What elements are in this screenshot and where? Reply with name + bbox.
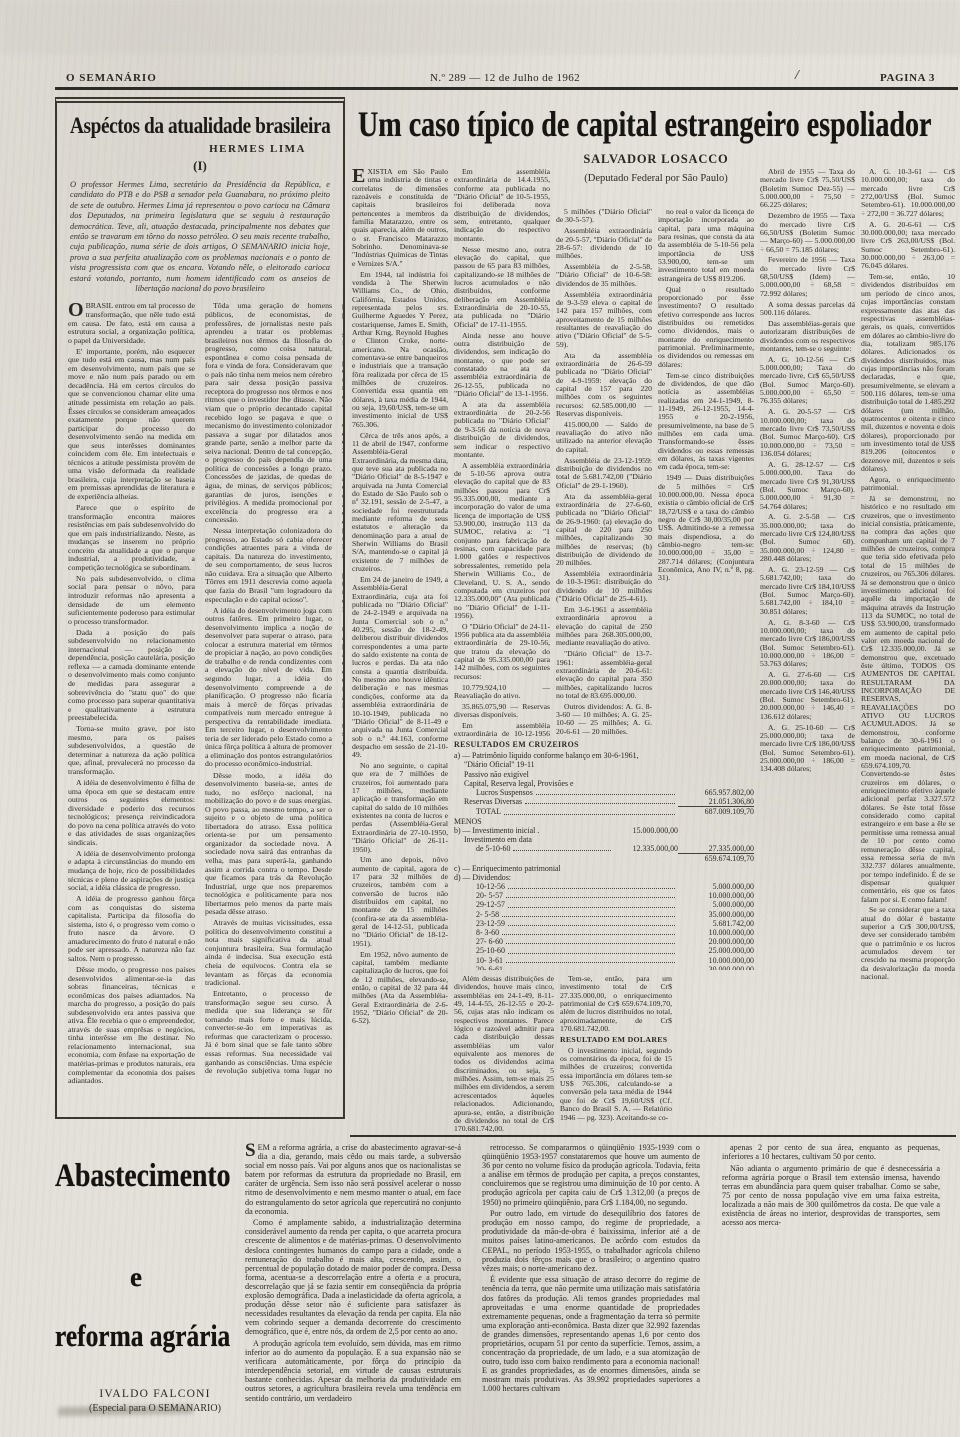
table-row: 10- 3-6110.000.000,00: [454, 956, 754, 965]
table-row: 8- 3-6010.000.000,00: [454, 928, 754, 937]
table-row: c) — Enriquecimento patrimonial: [454, 864, 754, 873]
result-in-dollars-heading: RESULTADO EM DOLARES: [560, 1036, 672, 1044]
paragraph: A. G. 10-12-56 — Cr$ 5.000.000,00; Taxa …: [760, 356, 855, 406]
newspaper-page: O SEMANÁRIO N.º 289 — 12 de Julho de 196…: [0, 0, 960, 1437]
paragraph: E' importante, porém, não esquecer que t…: [68, 348, 195, 502]
paragraph: Assembléia extraordinária de 10-3-1961: …: [556, 570, 652, 603]
divider-mark: /: [795, 68, 799, 84]
paragraph: A idéia de desenvolvimento prolonga e ad…: [68, 850, 195, 893]
paragraph: No ano seguinte, o capital que era de 7 …: [352, 762, 448, 854]
paragraph: Torna-se muito grave, por isto mesmo, pa…: [68, 725, 195, 776]
paragraph: Parece que o espírito de transformação e…: [68, 504, 195, 572]
paragraph: É evidente que essa situação de atraso d…: [482, 1275, 700, 1393]
paragraph: Além dessas distribuições de dividendos,…: [454, 975, 554, 1133]
paragraph: Fevereiro de 1956 — Taxa do mercado livr…: [760, 256, 855, 298]
paragraph: A. G. 8-3-60 — Cr$ 10.000.000,00; taxa d…: [760, 619, 855, 669]
paragraph: Tem-se cinco distribuições de dividendos…: [658, 372, 754, 472]
main-column-2: Em assembléia extraordinária de 14.4.195…: [454, 168, 550, 736]
paragraph: Em 1952, nôvo aumento de capital, também…: [352, 951, 448, 1026]
paragraph: Abril de 1955 — Taxa do mercado livre Cr…: [760, 168, 855, 210]
paragraph: A. G. 27-6-60 — Cr$ 20.000.000,00; taxa …: [760, 671, 855, 721]
paragraph: A. G. 2-5-58 — Cr$ 35.000.000,00; taxa d…: [760, 513, 855, 563]
bottom-column-2: retrocesso. Se compararmos o qüinqüênio …: [482, 1143, 700, 1431]
paragraph: 5 milhões ("Diário Oficial" de 30-5-57).: [556, 208, 652, 225]
bottom-author: IVALDO FALCONI: [55, 1388, 255, 1400]
table-row: Capital, Reserva legal, Provisões e: [454, 779, 754, 788]
main-column-5: Abril de 1955 — Taxa do mercado livre Cr…: [760, 168, 855, 1130]
table-heading: RESULTADOS EM CRUZEIROS: [454, 740, 754, 749]
paragraph: SEM a reforma agrária, a crise do abaste…: [245, 1143, 461, 1216]
table-row: Reservas Diversas21.051.306,80: [454, 797, 754, 806]
section-divider-rule: [350, 1135, 956, 1137]
main-author: SALVADOR LOSACCO: [556, 152, 756, 167]
paragraph: Assembléia de 23-12-1959: distribuição d…: [556, 457, 652, 490]
paragraph: Tem-se, então, 10 dividendos distribuído…: [861, 273, 955, 473]
feature-box-article: Aspéctos da atualidade brasileira HERMES…: [55, 97, 345, 1119]
paragraph: A idéia do desenvolvimento joga com outr…: [205, 607, 332, 769]
table-row: b) — Investimento inicial .15.000.000,00: [454, 826, 754, 835]
table-rows: a) — Patrimônio líquido conforme balanço…: [454, 751, 754, 970]
below-table-text: O investimento inicial, segundo os comen…: [560, 1047, 672, 1122]
feature-author: HERMES LIMA: [68, 143, 306, 155]
table-row: TOTAL687.009.109,70: [454, 806, 754, 816]
paragraph: A. G. 10-3-61 — Cr$ 10.000.000,00; taxa …: [861, 168, 955, 218]
paragraph: Cêrca de três anos após, a 11 de abril d…: [352, 432, 448, 574]
table-row: MENOS: [454, 817, 754, 826]
table-row: Lucros Suspensos665.957.802,00: [454, 788, 754, 797]
bottom-title-line-2: e: [130, 1262, 142, 1293]
paragraph: Dezembro de 1955 — Taxa do mercado livre…: [760, 212, 855, 254]
paragraph: 10.779.924,10 — Reavaliação do ativo.: [454, 684, 550, 701]
paragraph: Assembléia de 2-5-58, "Diário Oficial" d…: [556, 263, 652, 288]
paragraph: A. G. 20-5-57 — Cr$ 10.000.000,00; taxa …: [760, 408, 855, 458]
paragraph: Tôda uma geração de homens públicos, de …: [205, 302, 332, 524]
main-column-4: no real o valor da licença de importação…: [658, 208, 754, 736]
paragraph: Dada a posição do país subdesenvolvido n…: [68, 629, 195, 723]
paragraph: Cruzar os braços seria permitir que a ta…: [342, 713, 345, 747]
paragraph: Ainda nesse ano houve outra distribuição…: [454, 332, 550, 399]
paragraph: "Diário Oficial" de 13-7-1961: assembléi…: [556, 650, 652, 700]
header-rule: [55, 87, 958, 90]
bottom-title-line-1: Abastecimento: [55, 1158, 215, 1195]
paragraph: Através de muitas vicissitudes, essa pol…: [205, 919, 332, 987]
issue-date: N.º 289 — 12 de Julho de 1962: [430, 72, 580, 84]
paragraph: A idéia de progresso ganhou fôrça com as…: [68, 895, 195, 963]
paragraph: Em 1944, tal indústria foi vendida à The…: [352, 271, 448, 430]
paragraph: Nessa interpretação colonizadora do prog…: [205, 527, 332, 604]
table-row: 29-12-575.000.000,00: [454, 900, 754, 909]
feature-title: Aspéctos da atualidade brasileira: [70, 113, 290, 139]
paragraph: A. G. 28-12-57 — Cr$ 5.000.000,00. Taxa …: [760, 461, 855, 511]
bottom-author-note: (Especial para O SEMANARIO): [55, 1403, 255, 1414]
feature-body-columns: O BRASIL entrou em tal processo de trans…: [68, 302, 332, 1092]
paragraph: A. G. 23-12-59 — Cr$ 5.681.742,00; taxa …: [760, 566, 855, 616]
paragraph: Nesse Nordeste tão diagnosticado pela su…: [342, 563, 345, 614]
paragraph: Como é amplamente sabido, a industrializ…: [245, 1218, 461, 1336]
paragraph: Não é novidade dizer que a terra neste p…: [342, 617, 345, 711]
paragraph: 1949 — Duas distribuições de 5 milhões =…: [658, 474, 754, 582]
table-row: "Diário Oficial" 19-11: [454, 760, 754, 769]
bottom-column-1: SEM a reforma agrária, a crise do abaste…: [245, 1143, 461, 1431]
paragraph: Em 3-6-1961 a assembléia extraordinária …: [556, 606, 652, 648]
paragraph: Qual o resultado proporcionado por êsse …: [658, 286, 754, 369]
paper-stain: [0, 0, 960, 55]
paragraph: A ata da assembléia extraordinária de 20…: [454, 401, 550, 459]
results-in-cruzeiros-table: RESULTADOS EM CRUZEIROS a) — Patrimônio …: [454, 740, 754, 970]
paragraph: Já se demonstrou, no histórico e no resu…: [861, 495, 955, 904]
feature-intro: O professor Hermes Lima, secretário da P…: [70, 180, 330, 294]
paragraph: 415.000,00 — Saldo de reavaliação do ati…: [556, 421, 652, 454]
table-row: 10-12-565.000.000,00: [454, 882, 754, 891]
table-row: 23-12-595.681.742,00: [454, 919, 754, 928]
paragraph: EXISTIA em São Paulo uma indústria de ti…: [352, 168, 448, 268]
main-column-3-below-table: Tem-se, então, para um investimento tota…: [560, 975, 672, 1133]
paragraph: 35.865.075,90 — Reservas diversas dispon…: [454, 703, 550, 720]
paragraph: Se se considerar que a taxa atual do dól…: [861, 906, 955, 981]
table-row: Investimento em data: [454, 835, 754, 844]
main-author-title: (Deputado Federal por São Paulo): [556, 173, 756, 184]
paragraph: Em 24 de janeiro de 1949, a Assembléia-G…: [352, 576, 448, 760]
table-row: 25-10-6025.000.000,00: [454, 946, 754, 955]
paragraph: Está em causa a estrutura social, partic…: [342, 350, 345, 410]
table-row: a) — Patrimônio líquido conforme balanço…: [454, 751, 754, 760]
paragraph: retrocesso. Se compararmos o qüinqüênio …: [482, 1143, 700, 1207]
bottom-column-3: apenas 2 por cento de sua área, enquanto…: [722, 1143, 940, 1431]
table-row: 659.674.109,70: [454, 853, 754, 863]
table-row: Passivo não exigível: [454, 770, 754, 779]
paragraph: Outros dividendos: A. G. 8-3-60 — 10 mil…: [556, 703, 652, 736]
paragraph: Não adianta o argumento primário de que …: [722, 1164, 940, 1228]
masthead: O SEMANÁRIO: [66, 72, 157, 84]
main-headline: Um caso típico de capital estrangeiro es…: [358, 103, 932, 145]
paragraph: No Nordeste, a população orça já pela ca…: [342, 458, 345, 561]
paragraph: Em assembléia extraordinária de 10-12-19…: [454, 722, 550, 736]
paragraph: Nesse mesmo ano, outra elevação do capit…: [454, 246, 550, 329]
main-column-2-below-table: Além dessas distribuições de dividendos,…: [454, 975, 554, 1133]
feature-part-number: (I): [68, 158, 332, 174]
paragraph: Um ano depois, nôvo aumento de capital, …: [352, 856, 448, 948]
paragraph: A soma dessas parcelas dá 500.116 dólare…: [760, 301, 855, 318]
paragraph: Por outro lado, em virtude do desequilíb…: [482, 1209, 700, 1273]
paragraph: A. G. 25-10-60 — Cr$ 25.000.000,00; taxa…: [760, 724, 855, 774]
paragraph: apenas 2 por cento de sua área, enquanto…: [722, 1143, 940, 1161]
main-column-6: A. G. 10-3-61 — Cr$ 10.000.000,00; taxa …: [861, 168, 955, 1130]
paragraph: Entretanto, a população brasileira está …: [342, 413, 345, 456]
paragraph: Assembléia extraordinária de 9-3-59 elev…: [556, 291, 652, 349]
paragraph: De fato, tôda a organização da sociedade…: [342, 322, 345, 348]
paragraph: O BRASIL entrou em tal processo de trans…: [68, 302, 195, 345]
main-byline-block: SALVADOR LOSACCO (Deputado Federal por S…: [556, 152, 756, 184]
paragraph: A produção agrícola tem evoluído, sem dú…: [245, 1339, 461, 1403]
paragraph: Dêsse modo, o progresso nos países desen…: [68, 966, 195, 1086]
paragraph: O "Diário Oficial" de 24-11-1956 publica…: [454, 623, 550, 681]
paragraph: A assembléia extraordinária de 5-10-56 a…: [454, 462, 550, 621]
table-row: 20- 6-6130.000.000,00: [454, 965, 754, 970]
table-row: 27- 6-6020.000.000,00: [454, 937, 754, 946]
bottom-byline-block: IVALDO FALCONI (Especial para O SEMANARI…: [55, 1388, 255, 1414]
table-row: 2- 5-5835.000.000,00: [454, 910, 754, 919]
paragraph: Das assembléias-gerais que autorizaram d…: [760, 320, 855, 353]
table-row: de 5-10-6012.335.000,0027.335.000,00: [454, 844, 754, 853]
paragraph: Ata da assembléia extraordinária de 26-6…: [556, 352, 652, 419]
paragraph: Agora, o enriquecimento patrimonial.: [861, 476, 955, 493]
table-row: 20- 5-5710.000.000,00: [454, 891, 754, 900]
paragraph: A idéia de desenvolvimento é filha de um…: [68, 779, 195, 847]
bottom-title-line-3: reforma agrária: [55, 1318, 211, 1354]
paragraph: no real o valor da licença de importação…: [658, 208, 754, 283]
paragraph: Assembléia extraordinária de 20-5-57, "D…: [556, 227, 652, 260]
page-number: PAGINA 3: [880, 72, 935, 84]
table-row: d) — Dividendos:: [454, 873, 754, 882]
paragraph: Ata da assembléia-geral extraordinária d…: [556, 493, 652, 568]
paragraph: No país subdesenvolvido, o clima social …: [68, 575, 195, 626]
main-column-3: 5 milhões ("Diário Oficial" de 30-5-57).…: [556, 208, 652, 736]
main-column-1: EXISTIA em São Paulo uma indústria de ti…: [352, 168, 448, 1130]
paragraph: Em assembléia extraordinária de 14.4.195…: [454, 168, 550, 243]
paragraph: Dêsse modo, a idéia do desenvolvimento b…: [205, 772, 332, 917]
paragraph: A. G. 20-6-61 — Cr$ 30.000.000,00; taxa …: [861, 221, 955, 271]
below-table-lead: Tem-se, então, para um investimento tota…: [560, 975, 672, 1033]
